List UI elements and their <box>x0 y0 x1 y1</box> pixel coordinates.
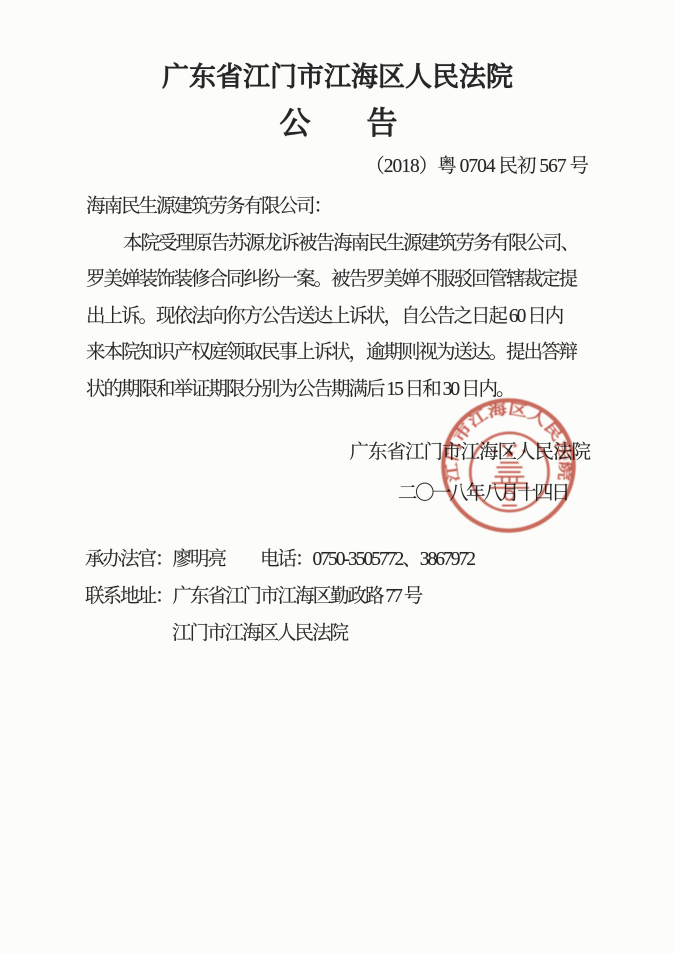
page-title: 广东省江门市江海区人民法院 <box>0 55 675 94</box>
court-notice-document: 广东省江门市江海区人民法院 公 告 （2018）粤 0704 民初 567 号 … <box>0 0 675 954</box>
court-seal: 江门市江海区人民法院 ★ ★ ★ ★ ★ 3907 <box>434 391 583 540</box>
case-number: （2018）粤 0704 民初 567 号 <box>365 150 588 178</box>
emblem-small-star-icon: ★ <box>491 446 498 455</box>
footer-judge-phone-line: 承办法官：廖明亮 电话：0750-3505772、3867972 <box>85 543 474 571</box>
recipient-line: 海南民生源建筑劳务有限公司： <box>86 190 331 218</box>
footer-address-line: 联系地址：广东省江门市江海区勤政路 77 号 <box>85 580 421 608</box>
emblem-gear-icon <box>505 491 514 500</box>
emblem-small-star-icon: ★ <box>501 441 508 450</box>
national-emblem-icon: ★ ★ ★ ★ ★ <box>470 433 548 511</box>
body-line: 罗美婵装饰装修合同纠纷一案。被告罗美婵不服驳回管辖裁定提 <box>86 263 576 291</box>
body-line: 本院受理原告苏源龙诉被告海南民生源建筑劳务有限公司、 <box>123 227 578 255</box>
body-line: 来本院知识产权庭领取民事上诉状，逾期则视为送达。提出答辩 <box>86 336 576 364</box>
emblem-gate-icon <box>490 463 529 488</box>
emblem-small-star-icon: ★ <box>521 446 528 455</box>
notice-heading: 公 告 <box>0 98 675 143</box>
footer-address-line2: 江门市江海区人民法院 <box>172 617 347 645</box>
emblem-small-star-icon: ★ <box>512 441 519 450</box>
body-line: 出上诉。现依法向你方公告送达上诉状，自公告之日起 60 日内 <box>86 300 562 328</box>
